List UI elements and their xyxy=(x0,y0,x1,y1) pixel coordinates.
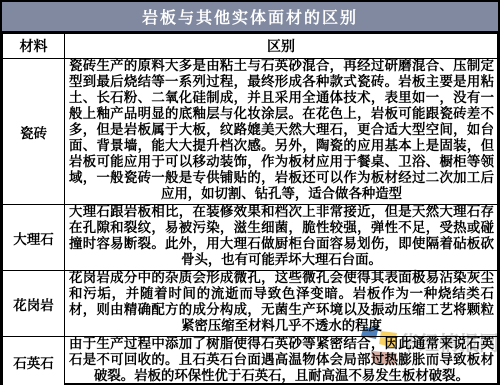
materials-comparison-table: 材料 区别 瓷砖 瓷砖生产的原料大多是由粘土与石英砂混合，再经过研磨混合、压制定… xyxy=(2,33,498,385)
header-material: 材料 xyxy=(3,34,65,59)
material-description: 花岗岩成分中的杂质会形成微孔，这些微孔会使得其表面极易沾染灰尘和污垢，并随着时间… xyxy=(65,271,498,337)
table-row-ceramic-tile: 瓷砖 瓷砖生产的原料大多是由粘土与石英砂混合，再经过研磨混合、压制定型到最后烧结… xyxy=(3,59,498,205)
material-description: 大理石跟岩板相比，在装修效果和档次上非常接近，但是天然大理石存在孔隙和裂纹，易被… xyxy=(65,205,498,271)
table-row-granite: 花岗岩 花岗岩成分中的杂质会形成微孔，这些微孔会使得其表面极易沾染灰尘和污垢，并… xyxy=(3,271,498,337)
header-difference: 区别 xyxy=(65,34,498,59)
table-title: 岩板与其他实体面材的区别 xyxy=(142,5,358,28)
screenshot-root: 岩板与其他实体面材的区别 材料 区别 瓷砖 瓷砖生产的原料大多是由粘土与石英砂混… xyxy=(0,0,500,385)
material-description: 由于生产过程中添加了树脂使得石英砂等紧密结合，因此通常来说石英石是不可回收的。且… xyxy=(65,337,498,385)
comparison-table-frame: 岩板与其他实体面材的区别 材料 区别 瓷砖 瓷砖生产的原料大多是由粘土与石英砂混… xyxy=(0,0,500,385)
header-row: 材料 区别 xyxy=(3,34,498,59)
table-row-marble: 大理石 大理石跟岩板相比，在装修效果和档次上非常接近，但是天然大理石存在孔隙和裂… xyxy=(3,205,498,271)
material-description: 瓷砖生产的原料大多是由粘土与石英砂混合，再经过研磨混合、压制定型到最后烧结等一系… xyxy=(65,59,498,205)
material-name: 瓷砖 xyxy=(3,59,65,205)
material-name: 大理石 xyxy=(3,205,65,271)
table-row-quartz: 石英石 由于生产过程中添加了树脂使得石英砂等紧密结合，因此通常来说石英石是不可回… xyxy=(3,337,498,385)
table-title-bar: 岩板与其他实体面材的区别 xyxy=(2,2,498,33)
material-name: 花岗岩 xyxy=(3,271,65,337)
material-name: 石英石 xyxy=(3,337,65,385)
